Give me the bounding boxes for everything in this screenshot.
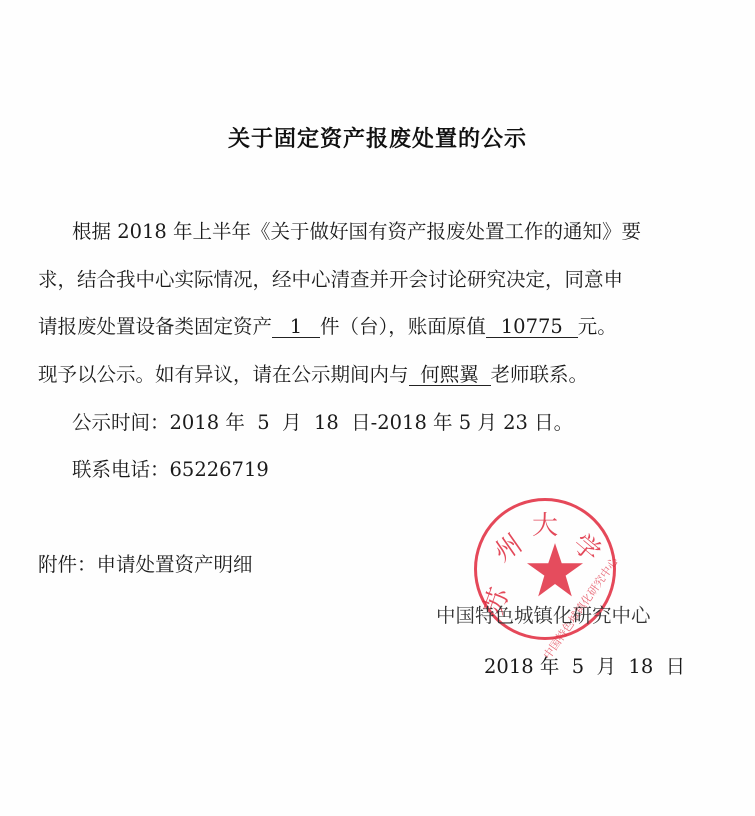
attachment-label: 附件：: [38, 553, 97, 576]
asset-count: 1: [272, 317, 320, 338]
attachment: 附件：申请处置资产明细: [38, 553, 253, 577]
notice-period-label: 公示时间：: [72, 411, 170, 434]
line3-mid: 件（台），账面原值: [320, 315, 486, 338]
contact-person: 何熙翼: [409, 365, 491, 386]
signature-date: 2018 年 5 月 18 日: [484, 651, 685, 679]
paragraph-line-4: 现予以公示。如有异议，请在公示期间内与何熙翼老师联系。: [38, 363, 588, 387]
document-title: 关于固定资产报废处置的公示: [0, 122, 755, 153]
phone-label: 联系电话：: [72, 458, 170, 481]
paragraph-line-1: 根据 2018 年上半年《关于做好国有资产报废处置工作的通知》要: [72, 220, 641, 244]
book-value: 10775: [486, 317, 578, 338]
signature-organization: 中国特色城镇化研究中心: [436, 600, 651, 628]
paragraph-line-2: 求，结合我中心实际情况，经中心清查并开会讨论研究决定，同意申: [38, 268, 623, 292]
line3-prefix: 请报废处置设备类固定资产: [38, 315, 272, 338]
phone-value: 65226719: [170, 458, 269, 481]
attachment-value: 申请处置资产明细: [97, 553, 253, 576]
notice-period-value: 2018 年 5 月 18 日-2018 年 5 月 23 日。: [170, 411, 574, 434]
line4-prefix: 现予以公示。如有异议，请在公示期间内与: [38, 363, 409, 386]
notice-period: 公示时间：2018 年 5 月 18 日-2018 年 5 月 23 日。: [72, 411, 573, 435]
seal-char-3: 大: [532, 505, 558, 542]
line3-suffix: 元。: [578, 315, 617, 338]
contact-phone: 联系电话：65226719: [72, 458, 269, 482]
seal-star-icon: [527, 542, 583, 598]
line4-suffix: 老师联系。: [491, 363, 589, 386]
paragraph-line-3: 请报废处置设备类固定资产1件（台），账面原值10775元。: [38, 315, 617, 339]
